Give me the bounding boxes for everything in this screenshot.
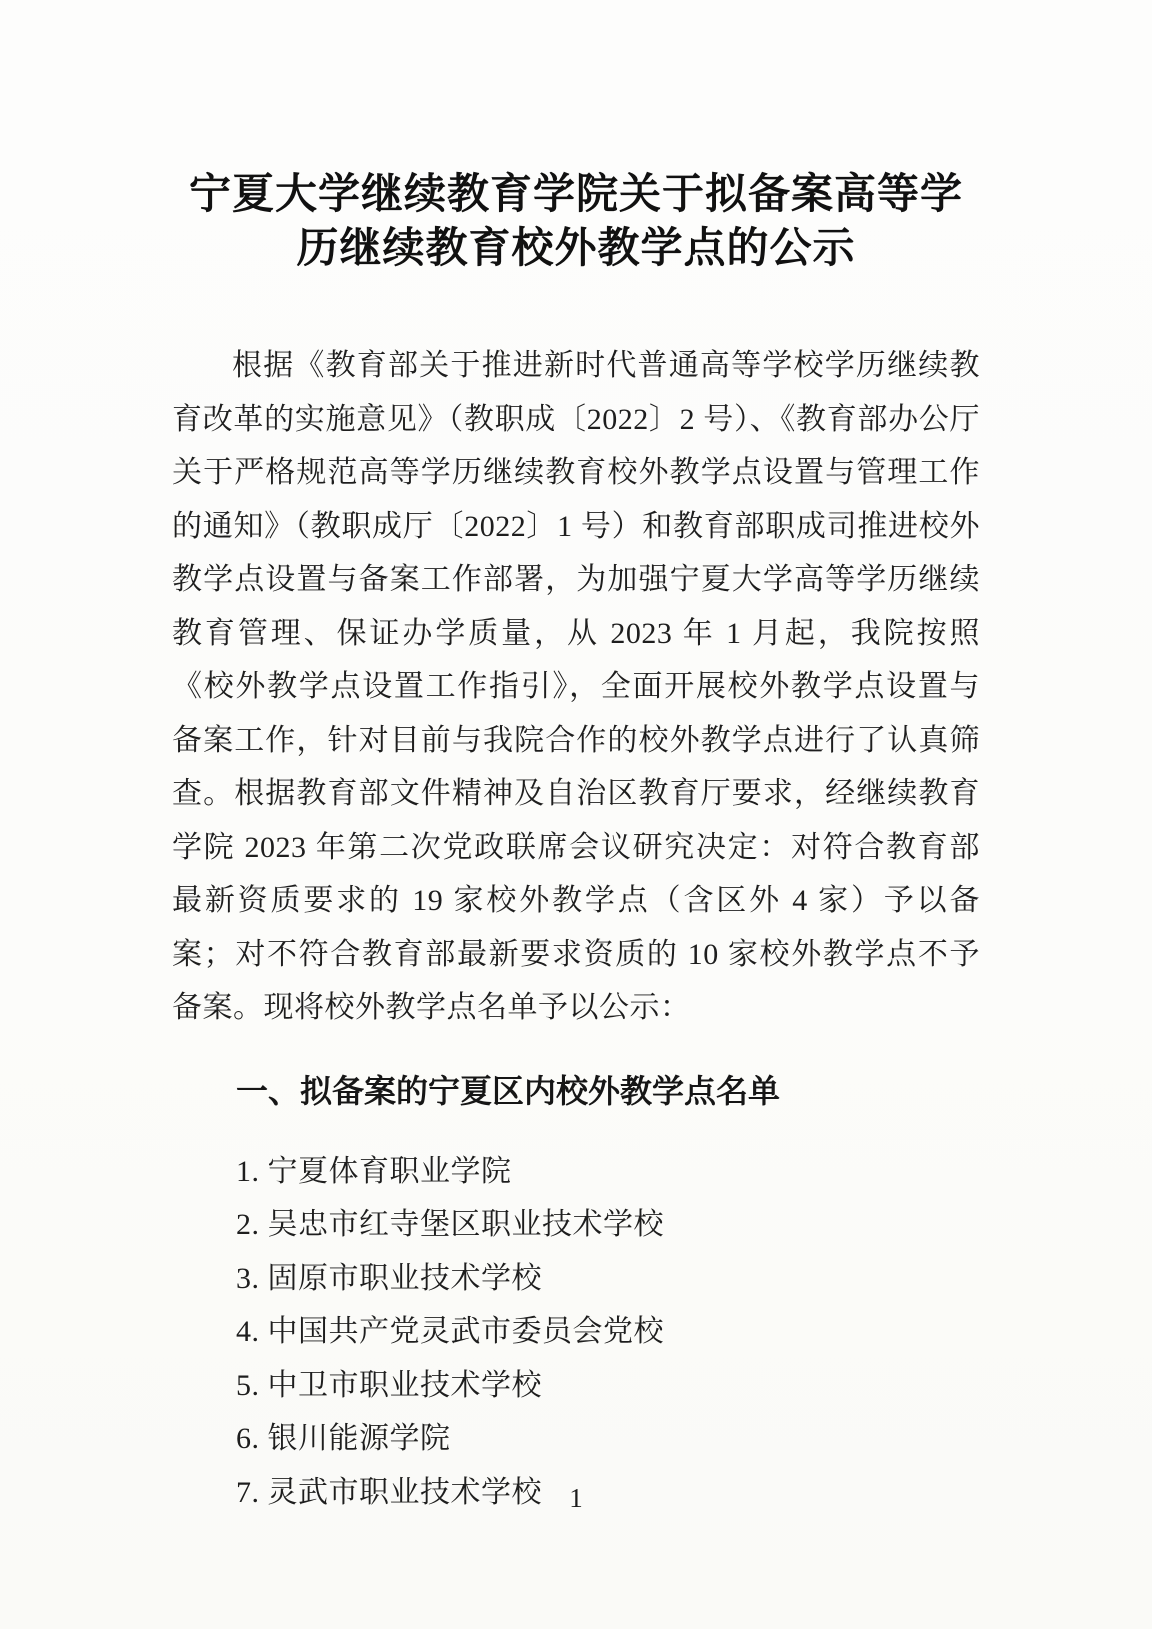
list-item: 5. 中卫市职业技术学校 (236, 1359, 980, 1413)
teaching-point-list: 1. 宁夏体育职业学院 2. 吴忠市红寺堡区职业技术学校 3. 固原市职业技术学… (172, 1145, 980, 1520)
document-title-line1: 宁夏大学继续教育学院关于拟备案高等学 (172, 168, 980, 222)
document-title: 宁夏大学继续教育学院关于拟备案高等学 历继续教育校外教学点的公示 (172, 28, 980, 276)
page-number: 1 (0, 1482, 1152, 1514)
section-heading: 一、拟备案的宁夏区内校外教学点名单 (236, 1065, 980, 1119)
list-item: 6. 银川能源学院 (236, 1412, 980, 1466)
body-paragraph: 根据《教育部关于推进新时代普通高等学校学历继续教育改革的实施意见》（教职成〔20… (172, 339, 980, 1035)
list-item: 2. 吴忠市红寺堡区职业技术学校 (236, 1198, 980, 1252)
list-item: 1. 宁夏体育职业学院 (236, 1145, 980, 1199)
document-page: 宁夏大学继续教育学院关于拟备案高等学 历继续教育校外教学点的公示 根据《教育部关… (0, 0, 1152, 1629)
document-title-line2: 历继续教育校外教学点的公示 (172, 222, 980, 276)
list-item: 3. 固原市职业技术学校 (236, 1252, 980, 1306)
list-item: 4. 中国共产党灵武市委员会党校 (236, 1305, 980, 1359)
document-content: 宁夏大学继续教育学院关于拟备案高等学 历继续教育校外教学点的公示 根据《教育部关… (0, 28, 1152, 1519)
